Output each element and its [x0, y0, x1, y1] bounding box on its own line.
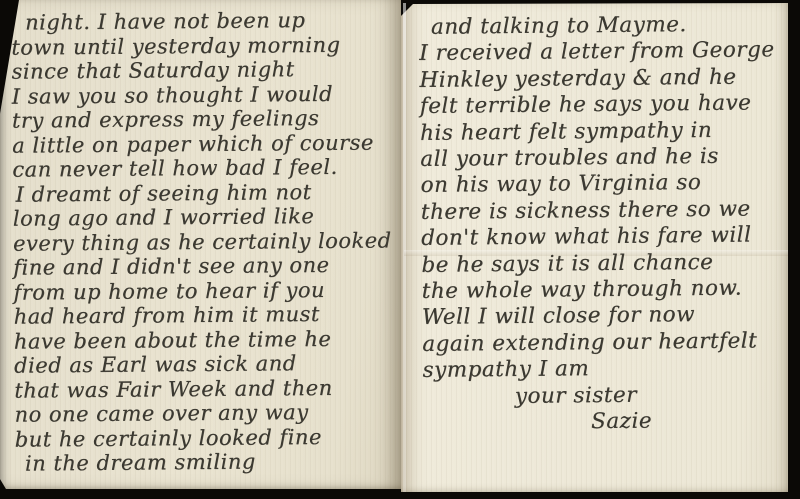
- handwritten-line: there is sickness there so we: [421, 196, 787, 226]
- handwritten-line: I dreamt of seeing him not: [15, 179, 396, 207]
- handwritten-line: night. I have not been up: [25, 7, 395, 35]
- handwritten-line: a little on paper which of course: [12, 130, 396, 158]
- handwritten-line: Well I will close for now: [422, 302, 788, 332]
- letter-photograph: night. I have not been up town until yes…: [0, 0, 800, 499]
- handwritten-line: from up home to hear if you: [13, 277, 397, 305]
- handwritten-line: but he certainly looked fine: [15, 424, 399, 452]
- handwritten-line: in the dream smiling: [25, 448, 399, 476]
- handwritten-line: Hinkley yesterday & and he: [419, 64, 785, 94]
- handwritten-line: I saw you so thought I would: [12, 81, 396, 109]
- handwritten-line: had heard from him it must: [14, 301, 398, 329]
- handwritten-line: town until yesterday morning: [11, 32, 395, 60]
- handwritten-line: every thing as he certainly looked: [13, 228, 397, 256]
- handwritten-line: since that Saturday night: [11, 56, 395, 84]
- handwritten-line: the whole way through now.: [422, 275, 788, 305]
- handwritten-line: and talking to Mayme.: [431, 11, 785, 41]
- handwritten-line: felt terrible he says you have: [420, 90, 786, 120]
- handwritten-line: no one came over any way: [14, 399, 398, 427]
- handwritten-line: try and express my feelings: [12, 105, 396, 133]
- handwritten-line: died as Earl was sick and: [14, 350, 398, 378]
- handwritten-line: on his way to Virginia so: [420, 170, 786, 200]
- closing-line: your sister: [515, 381, 789, 410]
- handwritten-line: long ago and I worried like: [13, 203, 397, 231]
- handwritten-line: again extending our heartfelt: [422, 328, 788, 358]
- signature: Sazie: [591, 407, 789, 435]
- handwritten-line: be he says it is all chance: [421, 249, 787, 279]
- handwritten-line: have been about the time he: [14, 326, 398, 354]
- handwritten-line: I received a letter from George: [419, 38, 785, 68]
- handwritten-line: sympathy I am: [422, 354, 788, 384]
- handwritten-line: that was Fair Week and then: [14, 375, 398, 403]
- handwritten-line: his heart felt sympathy in: [420, 117, 786, 147]
- handwritten-line: all your troubles and he is: [420, 143, 786, 173]
- handwritten-line: don't know what his fare will: [421, 222, 787, 252]
- left-page-text: night. I have not been up town until yes…: [11, 7, 399, 476]
- handwritten-line: fine and I didn't see any one: [13, 252, 397, 280]
- right-page-text: and talking to Mayme. I received a lette…: [419, 11, 789, 437]
- handwritten-line: can never tell how bad I feel.: [12, 154, 396, 182]
